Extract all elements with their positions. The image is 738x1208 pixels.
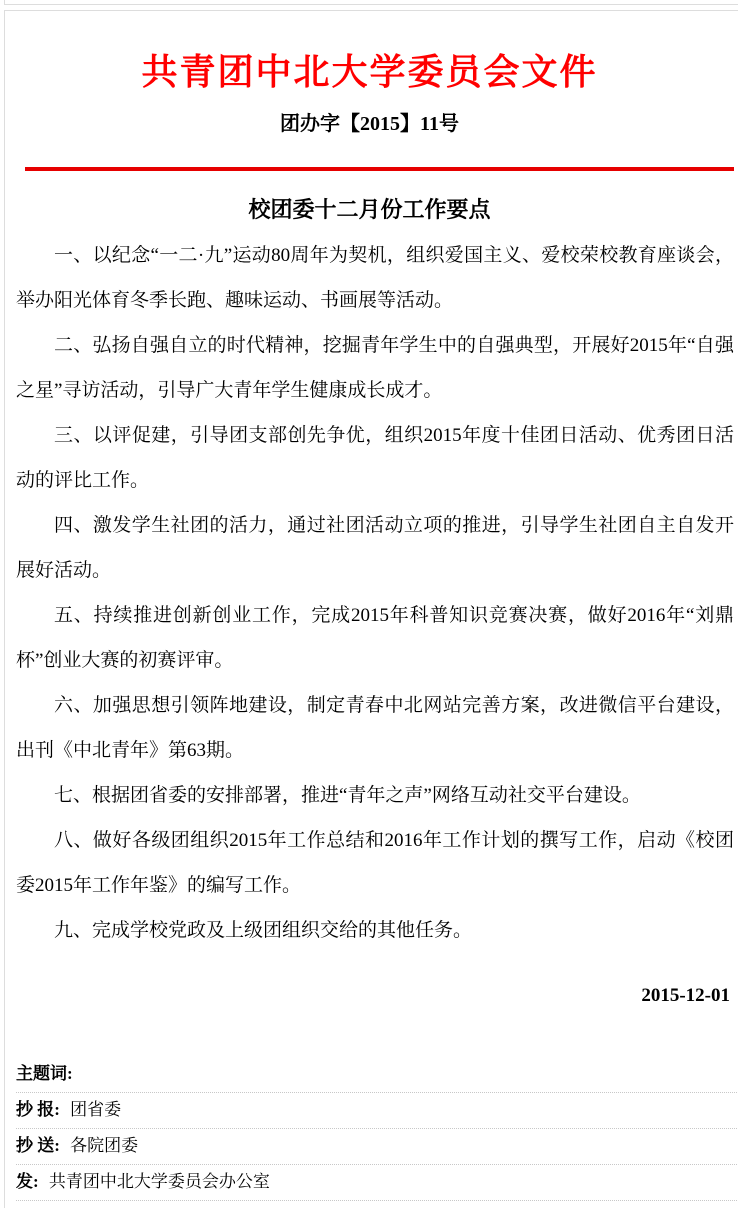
- doc-date: 2015-12-01: [5, 983, 730, 1009]
- previous-panel-edge: [4, 0, 738, 5]
- document-panel: 共青团中北大学委员会文件 团办字【2015】11号 校团委十二月份工作要点 一、…: [4, 10, 738, 1208]
- red-divider: [25, 167, 734, 171]
- issuer-label: 发:: [16, 1172, 39, 1191]
- org-title: 共青团中北大学委员会文件: [5, 53, 734, 91]
- body-paragraph-2: 二、弘扬自强自立的时代精神，挖掘青年学生中的自强典型，开展好2015年“自强之星…: [16, 323, 734, 413]
- footer-row-copy-send: 抄 送: 各院团委: [16, 1129, 738, 1165]
- body-paragraph-9: 九、完成学校党政及上级团组织交给的其他任务。: [16, 908, 734, 953]
- footer-row-subject: 主题词:: [16, 1057, 738, 1093]
- body-paragraph-8: 八、做好各级团组织2015年工作总结和2016年工作计划的撰写工作，启动《校团委…: [16, 818, 734, 908]
- body-paragraph-4: 四、激发学生社团的活力，通过社团活动立项的推进，引导学生社团自主自发开展好活动。: [16, 503, 734, 593]
- document-footer: 主题词: 抄 报: 团省委 抄 送: 各院团委 发: 共青团中北大学委员会办公室: [16, 1057, 738, 1201]
- footer-row-copy-report: 抄 报: 团省委: [16, 1093, 738, 1129]
- body-paragraph-7: 七、根据团省委的安排部署，推进“青年之声”网络互动社交平台建设。: [16, 773, 734, 818]
- subject-keywords-label: 主题词:: [16, 1064, 73, 1083]
- body-paragraph-6: 六、加强思想引领阵地建设，制定青春中北网站完善方案，改进微信平台建设，出刊《中北…: [16, 683, 734, 773]
- copy-report-value: 团省委: [70, 1100, 121, 1119]
- doc-number: 团办字【2015】11号: [5, 111, 734, 137]
- copy-send-label: 抄 送:: [16, 1136, 60, 1155]
- body-paragraph-1: 一、以纪念“一二·九”运动80周年为契机，组织爱国主义、爱校荣校教育座谈会，举办…: [16, 233, 734, 323]
- issuer-value: 共青团中北大学委员会办公室: [49, 1172, 270, 1191]
- copy-report-label: 抄 报:: [16, 1100, 60, 1119]
- page-title: 校团委十二月份工作要点: [5, 195, 734, 225]
- document-body: 一、以纪念“一二·九”运动80周年为契机，组织爱国主义、爱校荣校教育座谈会，举办…: [16, 233, 734, 953]
- body-paragraph-5: 五、持续推进创新创业工作，完成2015年科普知识竞赛决赛，做好2016年“刘鼎杯…: [16, 593, 734, 683]
- body-paragraph-3: 三、以评促建，引导团支部创先争优，组织2015年度十佳团日活动、优秀团日活动的评…: [16, 413, 734, 503]
- copy-send-value: 各院团委: [70, 1136, 138, 1155]
- footer-row-issuer: 发: 共青团中北大学委员会办公室: [16, 1165, 738, 1201]
